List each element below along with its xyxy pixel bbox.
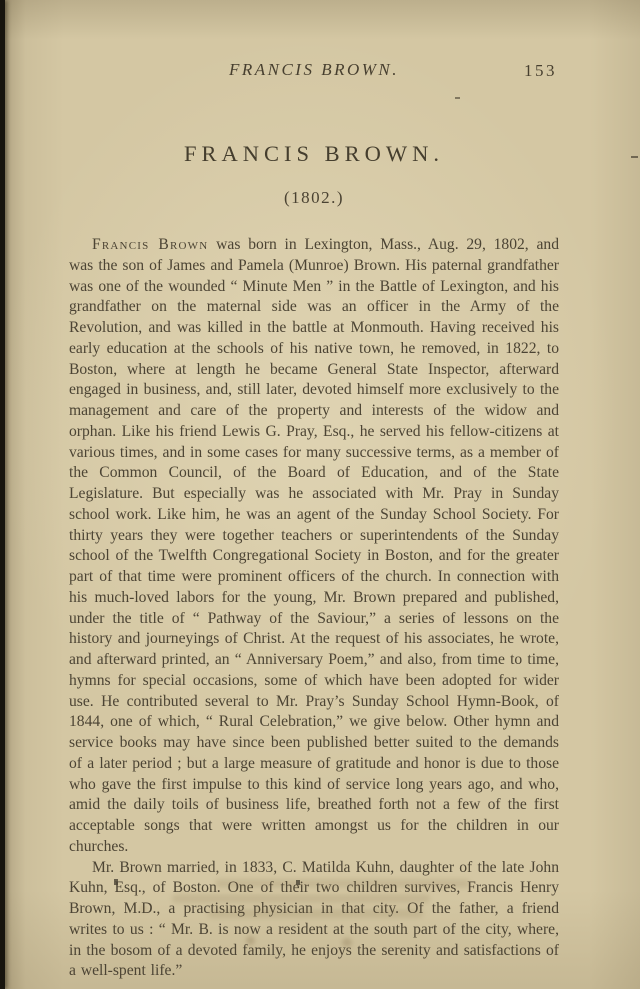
reverse-side-bleed-through: [215, 879, 470, 888]
margin-mark: [631, 156, 638, 158]
running-head: FRANCIS BROWN.: [69, 60, 559, 80]
reverse-side-bleed-through: [208, 909, 423, 918]
margin-mark: [455, 97, 460, 99]
ink-speck: [296, 880, 300, 885]
chapter-date: (1802.): [69, 188, 559, 208]
book-page-scan: FRANCIS BROWN. 153 FRANCIS BROWN. (1802.…: [0, 0, 640, 989]
page-left-binding-edge: [0, 0, 5, 989]
paragraph-lead-small-caps: Francis Brown: [92, 236, 208, 253]
foxing-spot: [342, 938, 352, 947]
paragraph-biography: Francis Brown was born in Lexington, Mas…: [69, 235, 559, 858]
reverse-side-bleed-through: [172, 894, 430, 903]
ink-speck: [114, 879, 118, 885]
body-text: Francis Brown was born in Lexington, Mas…: [69, 235, 559, 982]
chapter-title: FRANCIS BROWN.: [69, 141, 559, 167]
paragraph-body: was born in Lexington, Mass., Aug. 29, 1…: [69, 236, 559, 855]
page-header: FRANCIS BROWN. 153: [69, 60, 559, 84]
foxing-spot: [140, 905, 147, 912]
page-number: 153: [524, 61, 557, 81]
paragraph-family: Mr. Brown married, in 1833, C. Matilda K…: [69, 858, 559, 983]
foxing-spot: [246, 936, 255, 945]
text-column: FRANCIS BROWN. 153 FRANCIS BROWN. (1802.…: [69, 60, 559, 982]
